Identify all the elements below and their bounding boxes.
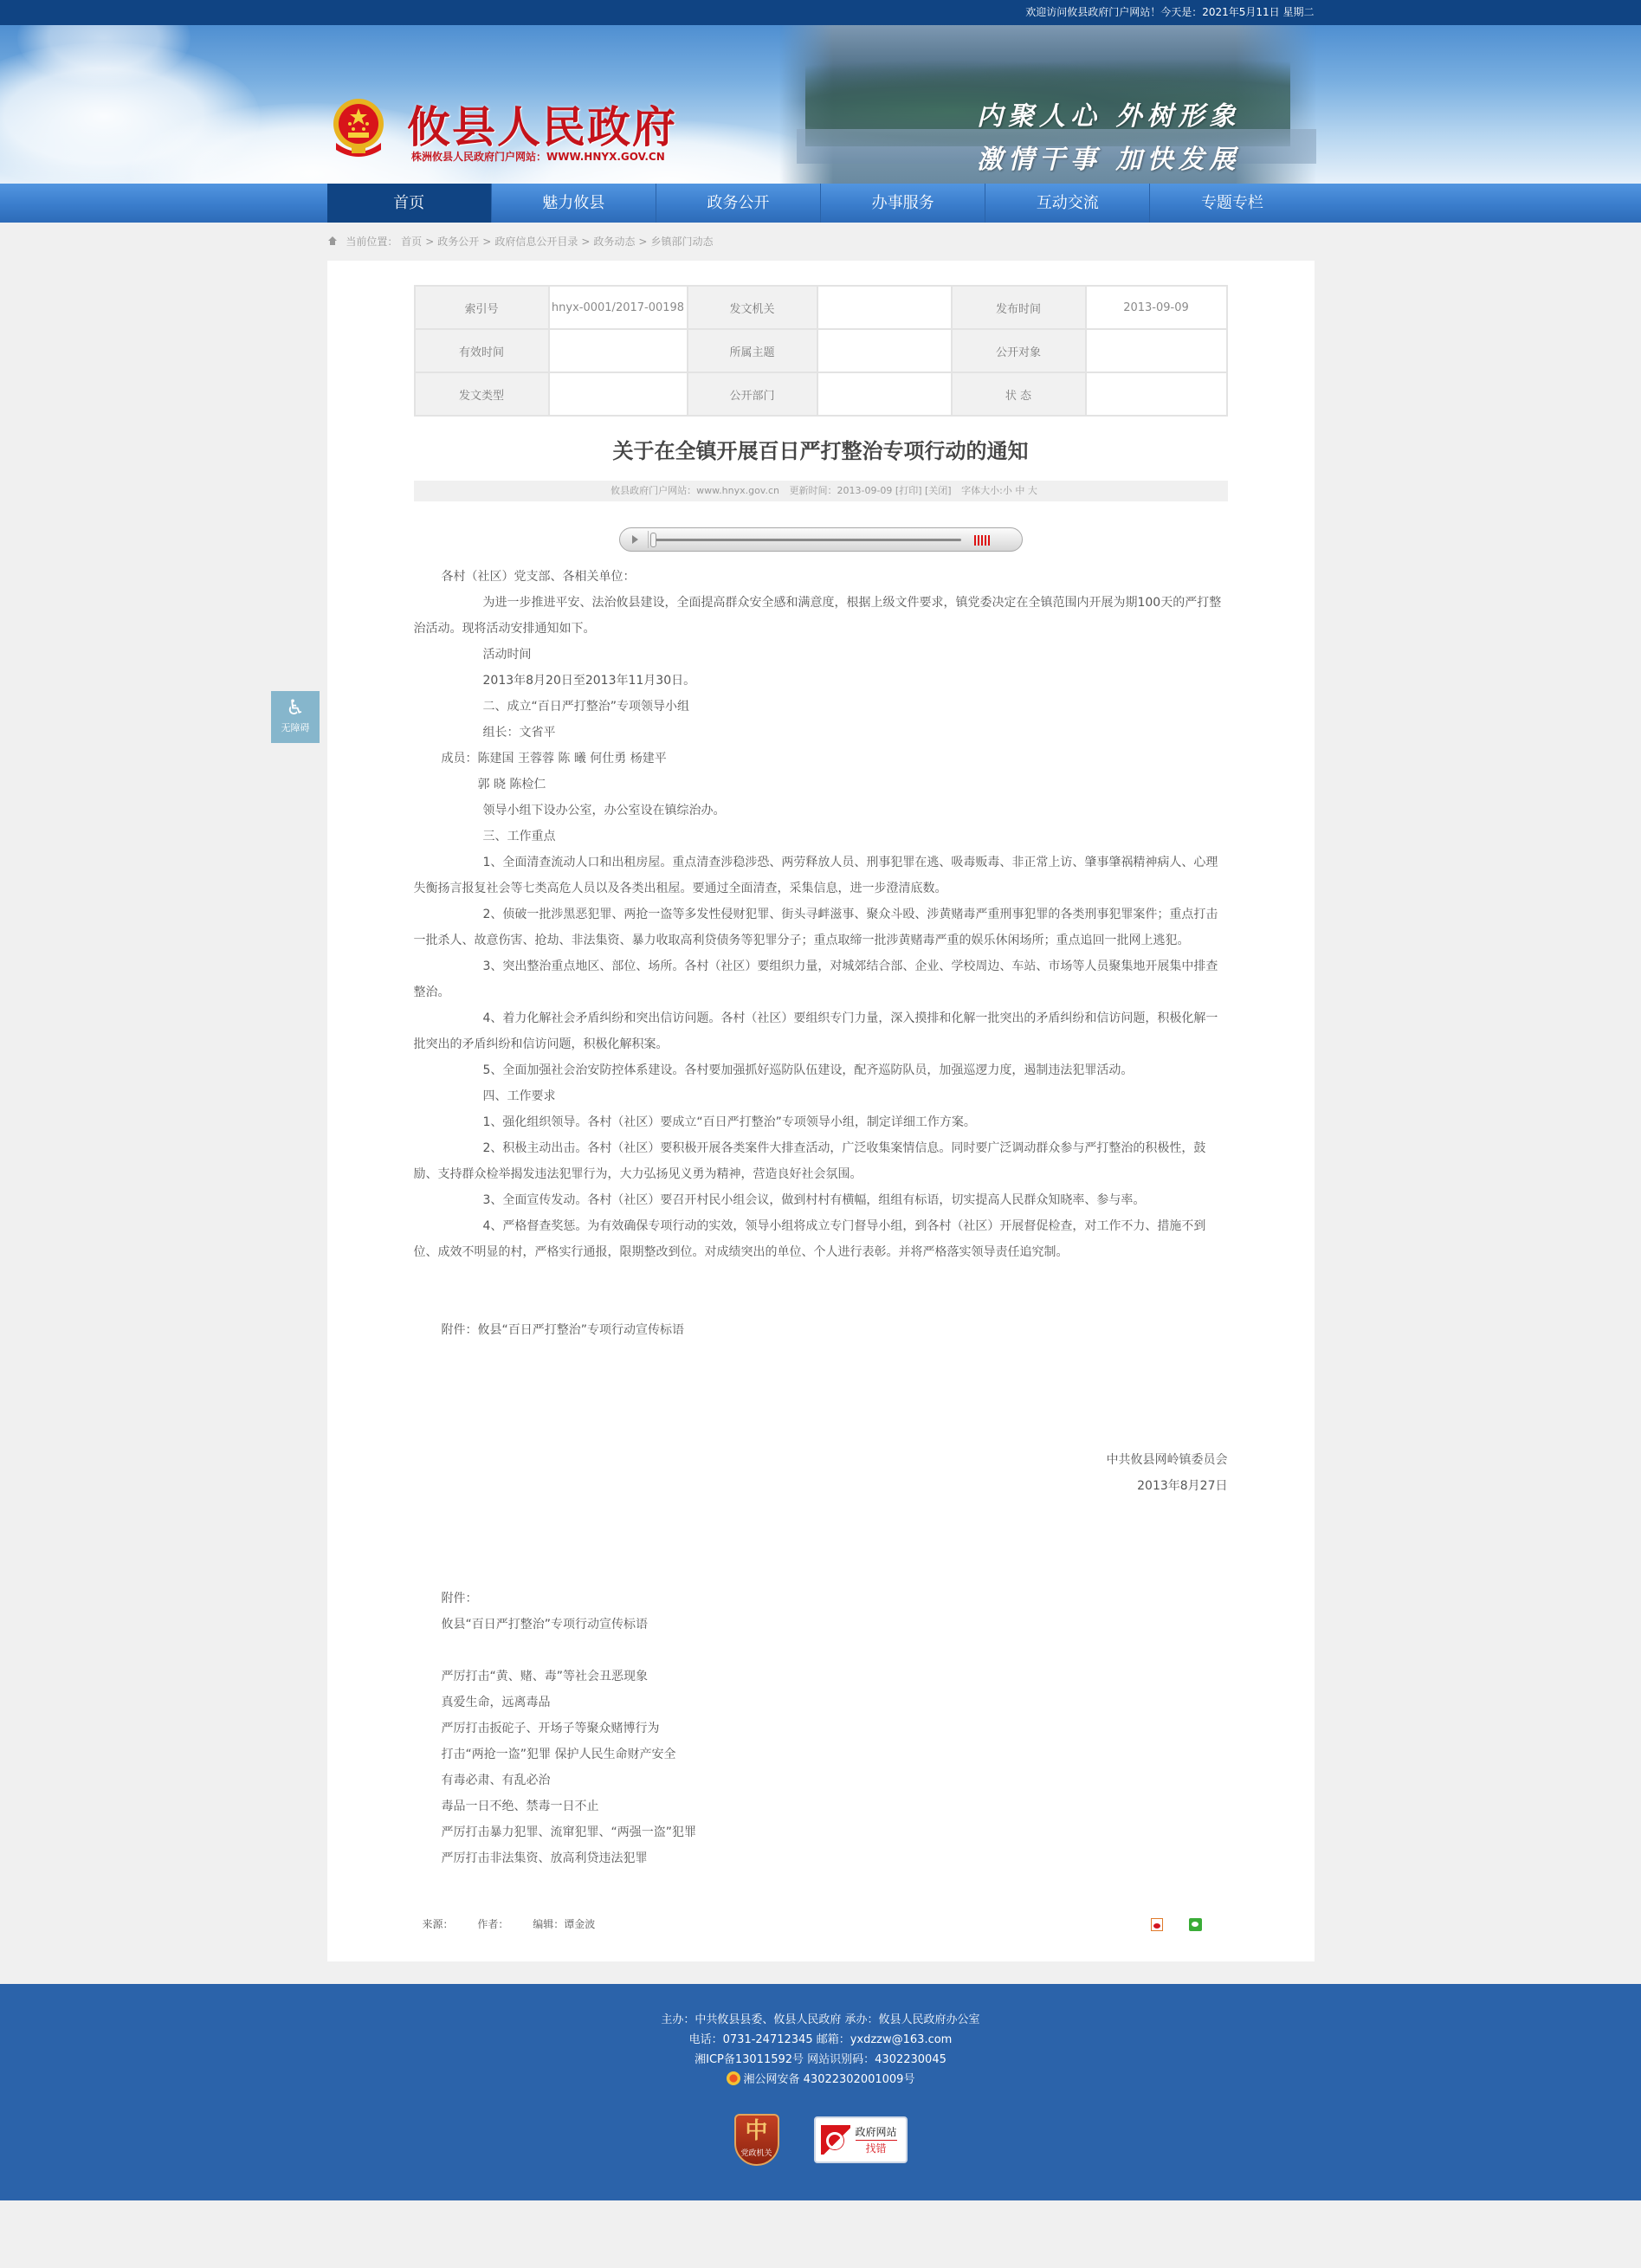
top-bar: 欢迎访问攸县政府门户网站！今天是：2021年5月11日 星期二 [0, 0, 1641, 25]
font-size-label: 字体大小: [961, 485, 1003, 496]
source-label: 来源： [423, 1918, 454, 1930]
nav-item-gov-affairs[interactable]: 政务公开 [656, 184, 821, 223]
signature-org: 中共攸县网岭镇委员会 [414, 1447, 1228, 1473]
meta-value [817, 286, 952, 329]
author-label: 作者： [477, 1918, 508, 1930]
national-emblem-icon [331, 98, 386, 160]
section-3-item: 2、侦破一批涉黑恶犯罪、两抢一盗等多发性侵财犯罪、街头寻衅滋事、聚众斗殴、涉黄赌… [414, 901, 1228, 953]
nav-item-topics[interactable]: 专题专栏 [1150, 184, 1314, 223]
section-1-body: 2013年8月20日至2013年11月30日。 [414, 668, 1228, 694]
appendix-label: 附件： [414, 1586, 1228, 1612]
article-updated: 更新时间：2013-09-09 [789, 485, 892, 496]
font-size-large[interactable]: 大 [1028, 485, 1037, 496]
share-buttons [1151, 1918, 1223, 1931]
meta-key: 公开对象 [952, 329, 1086, 372]
meta-value [1086, 329, 1227, 372]
police-badge-icon [727, 2071, 740, 2085]
meta-key: 发布时间 [952, 286, 1086, 329]
section-3-item: 3、突出整治重点地区、部位、场所。各村（社区）要组织力量，对城郊结合部、企业、学… [414, 953, 1228, 1005]
meta-key: 索引号 [415, 286, 549, 329]
group-members: 成员：陈建国 王蓉蓉 陈 曦 何仕勇 杨建平 [414, 746, 1228, 772]
breadcrumb-gov-news[interactable]: 政务动态 [593, 236, 635, 248]
breadcrumb-township-news[interactable]: 乡镇部门动态 [650, 236, 713, 248]
close-link[interactable]: [关闭] [925, 485, 952, 496]
spacer [414, 1638, 1228, 1664]
meta-key: 所属主题 [688, 329, 817, 372]
article-container: 索引号 hnyx-0001/2017-00198 发文机关 发布时间 2013-… [327, 261, 1315, 1961]
article-source: 攸县政府门户网站：www.hnyx.gov.cn [611, 485, 779, 496]
section-3-title: 三、工作重点 [414, 824, 1228, 850]
slogan-item: 打击“两抢一盗”犯罪 保护人民生命财产安全 [414, 1741, 1228, 1767]
font-size-medium[interactable]: 中 [1015, 485, 1024, 496]
section-3-item: 1、全面清查流动人口和出租房屋。重点清查涉稳涉恐、两劳释放人员、刑事犯罪在逃、吸… [414, 850, 1228, 901]
appendix-title: 攸县“百日严打整治”专项行动宣传标语 [414, 1612, 1228, 1638]
section-4-title: 四、工作要求 [414, 1083, 1228, 1109]
slogan-item: 毒品一日不绝、禁毒一日不止 [414, 1793, 1228, 1819]
font-size-small[interactable]: 小 [1003, 485, 1012, 496]
footer-badges: 中 党政机关 政府网站 找错 [0, 2114, 1641, 2166]
meta-key: 公开部门 [688, 372, 817, 416]
spacer [414, 1499, 1228, 1586]
accessibility-label: 无障碍 [281, 722, 310, 733]
play-icon[interactable] [624, 531, 649, 548]
section-1-title: 活动时间 [414, 642, 1228, 668]
section-3-item: 5、全面加强社会治安防控体系建设。各村要加强抓好巡防队伍建设，配齐巡防队员，加强… [414, 1057, 1228, 1083]
group-members-cont: 郭 晓 陈检仁 [414, 772, 1228, 798]
table-row: 索引号 hnyx-0001/2017-00198 发文机关 发布时间 2013-… [415, 286, 1227, 329]
gov-site-findbug-button[interactable]: 政府网站 找错 [814, 2116, 908, 2163]
nav-item-services[interactable]: 办事服务 [821, 184, 985, 223]
meta-value [817, 329, 952, 372]
slogan-item: 真爱生命，远离毒品 [414, 1690, 1228, 1716]
footer-sponsor: 主办：中共攸县县委、攸县人民政府 承办：攸县人民政府办公室 [0, 2010, 1641, 2030]
document-meta-table: 索引号 hnyx-0001/2017-00198 发文机关 发布时间 2013-… [414, 285, 1228, 417]
meta-key: 发文类型 [415, 372, 549, 416]
signature-date: 2013年8月27日 [414, 1473, 1228, 1499]
footer-icp[interactable]: 湘ICP备13011592号 网站识别码：4302230045 [0, 2050, 1641, 2070]
section-4-item: 4、严格督查奖惩。为有效确保专项行动的实效，领导小组将成立专门督导小组，到各村（… [414, 1213, 1228, 1265]
print-link[interactable]: [打印] [895, 485, 922, 496]
site-footer: 主办：中共攸县县委、攸县人民政府 承办：攸县人民政府办公室 电话：0731-24… [0, 1984, 1641, 2200]
section-3-item: 4、着力化解社会矛盾纠纷和突出信访问题。各村（社区）要组织专门力量，深入摸排和化… [414, 1005, 1228, 1057]
section-4-item: 2、积极主动出击。各村（社区）要积极开展各类案件大排查活动，广泛收集案情信息。同… [414, 1135, 1228, 1187]
meta-value [549, 329, 688, 372]
home-icon [327, 236, 338, 246]
volume-icon[interactable] [974, 535, 992, 546]
slogan-line-1: 内聚人心 外树形象 [977, 94, 1240, 132]
article-title: 关于在全镇开展百日严打整治专项行动的通知 [414, 437, 1228, 465]
group-office: 领导小组下设办公室，办公室设在镇综治办。 [414, 798, 1228, 824]
breadcrumb-gov-affairs[interactable]: 政务公开 [437, 236, 479, 248]
section-2-title: 二、成立“百日严打整治”专项领导小组 [414, 694, 1228, 720]
breadcrumb-separator: > [425, 236, 434, 248]
section-4-item: 1、强化组织领导。各村（社区）要成立“百日严打整治”专项领导小组，制定详细工作方… [414, 1109, 1228, 1135]
attachment-line[interactable]: 附件：攸县“百日严打整治”专项行动宣传标语 [414, 1317, 1228, 1343]
main-nav: 首页 魅力攸县 政务公开 办事服务 互动交流 专题专栏 [0, 184, 1641, 223]
meta-key: 状 态 [952, 372, 1086, 416]
spacer [414, 1343, 1228, 1447]
breadcrumb-prefix: 当前位置： [346, 236, 397, 248]
footer-contact: 电话：0731-24712345 邮箱：yxdzzw@163.com [0, 2030, 1641, 2050]
wheelchair-icon: ♿ [271, 695, 320, 720]
editor-label: 编辑：谭金波 [533, 1918, 595, 1930]
welcome-text: 欢迎访问攸县政府门户网站！今天是：2021年5月11日 星期二 [327, 0, 1315, 25]
meta-key: 发文机关 [688, 286, 817, 329]
article-body: 各村（社区）党支部、各相关单位： 为进一步推进平安、法治攸县建设，全面提高群众安… [414, 564, 1228, 1871]
meta-value [549, 372, 688, 416]
audio-player [619, 527, 1023, 552]
findbug-line-1: 政府网站 [856, 2124, 897, 2140]
magnifier-icon [821, 2125, 850, 2155]
wechat-icon[interactable] [1189, 1918, 1202, 1931]
meta-value: hnyx-0001/2017-00198 [549, 286, 688, 329]
breadcrumb-separator: > [581, 236, 590, 248]
slogan-item: 严厉打击“黄、赌、毒”等社会丑恶现象 [414, 1664, 1228, 1690]
table-row: 发文类型 公开部门 状 态 [415, 372, 1227, 416]
breadcrumb: 当前位置： 首页>政务公开>政府信息公开目录>政务动态>乡镇部门动态 [327, 223, 1315, 261]
group-leader: 组长：文省平 [414, 720, 1228, 746]
slogan-item: 严厉打击非法集资、放高利贷违法犯罪 [414, 1845, 1228, 1871]
meta-value: 2013-09-09 [1086, 286, 1227, 329]
slogan-item: 有毒必肃、有乱必治 [414, 1767, 1228, 1793]
breadcrumb-separator: > [638, 236, 647, 248]
site-subtitle: 株洲攸县人民政府门户网站：WWW.HNYX.GOV.CN [411, 149, 665, 164]
meta-value [817, 372, 952, 416]
site-title: 攸县人民政府 [407, 93, 677, 155]
section-4-item: 3、全面宣传发动。各村（社区）要召开村民小组会议，做到村村有横幅，组组有标语，切… [414, 1187, 1228, 1213]
meta-value [1086, 372, 1227, 416]
police-record-text: 湘公网安备 43022302001009号 [744, 2073, 915, 2086]
spacer [414, 1265, 1228, 1317]
slogan-line-2: 激情干事 加快发展 [977, 138, 1240, 176]
party-gov-icon: 中 [736, 2116, 778, 2147]
article-info-bar: 攸县政府门户网站：www.hnyx.gov.cn 更新时间：2013-09-09… [414, 481, 1228, 501]
findbug-line-2: 找错 [856, 2140, 897, 2156]
party-gov-label: 党政机关 [736, 2147, 778, 2158]
nav-item-interaction[interactable]: 互动交流 [985, 184, 1150, 223]
breadcrumb-separator: > [482, 236, 491, 248]
slogan-item: 严厉打击暴力犯罪、流窜犯罪、“两强一盗”犯罪 [414, 1819, 1228, 1845]
paragraph-intro: 为进一步推进平安、法治攸县建设，全面提高群众安全感和满意度，根据上级文件要求，镇… [414, 590, 1228, 642]
weibo-icon[interactable] [1151, 1918, 1163, 1931]
footer-police-record[interactable]: 湘公网安备 43022302001009号 [0, 2070, 1641, 2090]
nav-item-home[interactable]: 首页 [327, 184, 492, 223]
salutation: 各村（社区）党支部、各相关单位： [414, 564, 1228, 590]
slogan-item: 严厉打击扳砣子、开场子等聚众赌博行为 [414, 1716, 1228, 1741]
accessibility-button[interactable]: ♿ 无障碍 [271, 691, 320, 743]
article-footer-meta: 来源： 作者： 编辑：谭金波 [414, 1913, 1228, 1935]
header-banner: 攸县人民政府 株洲攸县人民政府门户网站：WWW.HNYX.GOV.CN 内聚人心… [0, 25, 1641, 184]
breadcrumb-info-catalog[interactable]: 政府信息公开目录 [494, 236, 578, 248]
party-gov-badge[interactable]: 中 党政机关 [734, 2114, 779, 2166]
meta-key: 有效时间 [415, 329, 549, 372]
nav-item-charm[interactable]: 魅力攸县 [492, 184, 656, 223]
audio-progress-handle[interactable] [650, 533, 656, 547]
breadcrumb-home[interactable]: 首页 [401, 236, 422, 248]
audio-progress-track[interactable] [653, 539, 961, 541]
table-row: 有效时间 所属主题 公开对象 [415, 329, 1227, 372]
